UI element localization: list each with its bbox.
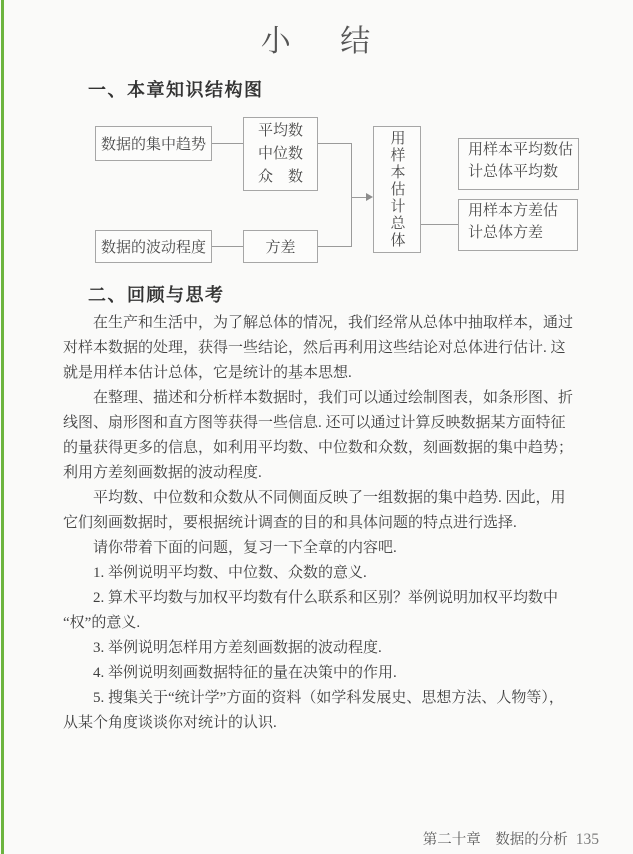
measure-mean: 平均数 bbox=[258, 120, 303, 143]
knowledge-structure-diagram: 数据的集中趋势 平均数 中位数 众 数 数据的波动程度 方差 用样本估计总体 用… bbox=[0, 0, 633, 280]
question-item-4: 4. 举例说明刻画数据特征的量在决策中的作用. bbox=[63, 661, 603, 686]
diagram-box-estimate-mean: 用样本平均数估 计总体平均数 bbox=[458, 138, 579, 190]
text-line: 请你带着下面的问题，复习一下全章的内容吧. bbox=[63, 536, 603, 561]
estimate-variance-line-1: 用样本方差估 bbox=[468, 200, 558, 222]
text-line: 的量获得更多的信息，如利用平均数、中位数和众数，刻画数据的集中趋势； bbox=[63, 436, 603, 461]
textbook-page: 小 结 一、本章知识结构图 数据的集中趋势 平均数 中位数 众 数 数据的波动程… bbox=[0, 0, 633, 854]
question-item-1: 1. 举例说明平均数、中位数、众数的意义. bbox=[63, 561, 603, 586]
text-line: 它们刻画数据时，要根据统计调查的目的和具体问题的特点进行选择. bbox=[63, 511, 603, 536]
question-item-5: 5. 搜集关于“统计学”方面的资料（如学科发展史、思想方法、人物等）， bbox=[63, 686, 603, 711]
diagram-box-estimate-variance: 用样本方差估 计总体方差 bbox=[458, 199, 578, 251]
question-item-3: 3. 举例说明怎样用方差刻画数据的波动程度. bbox=[63, 636, 603, 661]
footer-page-number: 135 bbox=[568, 831, 599, 848]
text-line: 平均数、中位数和众数从不同侧面反映了一组数据的集中趋势. 因此，用 bbox=[63, 486, 603, 511]
text-line: 对样本数据的处理，获得一些结论，然后再利用这些结论对总体进行估计. 这 bbox=[63, 336, 603, 361]
text-line: 线图、扇形图和直方图等获得一些信息. 还可以通过计算反映数据某方面特征 bbox=[63, 411, 603, 436]
footer-chapter-title: 第二十章 数据的分析 bbox=[423, 832, 568, 848]
question-item-2: 2. 算术平均数与加权平均数有什么联系和区别？举例说明加权平均数中 bbox=[63, 586, 603, 611]
text-line: 在整理、描述和分析样本数据时，我们可以通过绘制图表，如条形图、折 bbox=[63, 386, 603, 411]
estimate-mean-line-2: 计总体平均数 bbox=[468, 161, 558, 183]
connector-merge-vertical bbox=[351, 143, 352, 247]
estimate-variance-line-2: 计总体方差 bbox=[468, 222, 543, 244]
text-line: 利用方差刻画数据的波动程度. bbox=[63, 461, 603, 486]
diagram-box-central-tendency: 数据的集中趋势 bbox=[95, 126, 212, 161]
page-footer: 第二十章 数据的分析135 bbox=[423, 828, 599, 849]
review-text-block: 在生产和生活中，为了解总体的情况，我们经常从总体中抽取样本，通过 对样本数据的处… bbox=[63, 311, 603, 736]
text-line: 就是用样本估计总体，它是统计的基本思想. bbox=[63, 361, 603, 386]
measure-median: 中位数 bbox=[258, 143, 303, 166]
connector-to-sample-estimate bbox=[351, 197, 367, 198]
diagram-box-sample-estimate: 用样本估计总体 bbox=[373, 126, 421, 253]
question-item-2-cont: “权”的意义. bbox=[63, 611, 603, 636]
diagram-box-variance: 方差 bbox=[243, 230, 318, 263]
estimate-mean-line-1: 用样本平均数估 bbox=[468, 139, 573, 161]
connector-fluctuation-variance bbox=[212, 246, 243, 247]
section-2-heading: 二、回顾与思考 bbox=[88, 281, 225, 307]
diagram-box-measures: 平均数 中位数 众 数 bbox=[243, 117, 318, 191]
diagram-box-fluctuation: 数据的波动程度 bbox=[95, 230, 212, 263]
arrowhead-icon bbox=[366, 193, 373, 201]
text-line: 在生产和生活中，为了解总体的情况，我们经常从总体中抽取样本，通过 bbox=[63, 311, 603, 336]
connector-measures-right bbox=[318, 143, 351, 144]
connector-tendency-measures bbox=[212, 143, 243, 144]
question-item-5-cont: 从某个角度谈谈你对统计的认识. bbox=[63, 711, 603, 736]
measure-mode: 众 数 bbox=[258, 166, 303, 189]
connector-estimate-variance bbox=[421, 224, 458, 225]
connector-variance-right bbox=[318, 246, 351, 247]
